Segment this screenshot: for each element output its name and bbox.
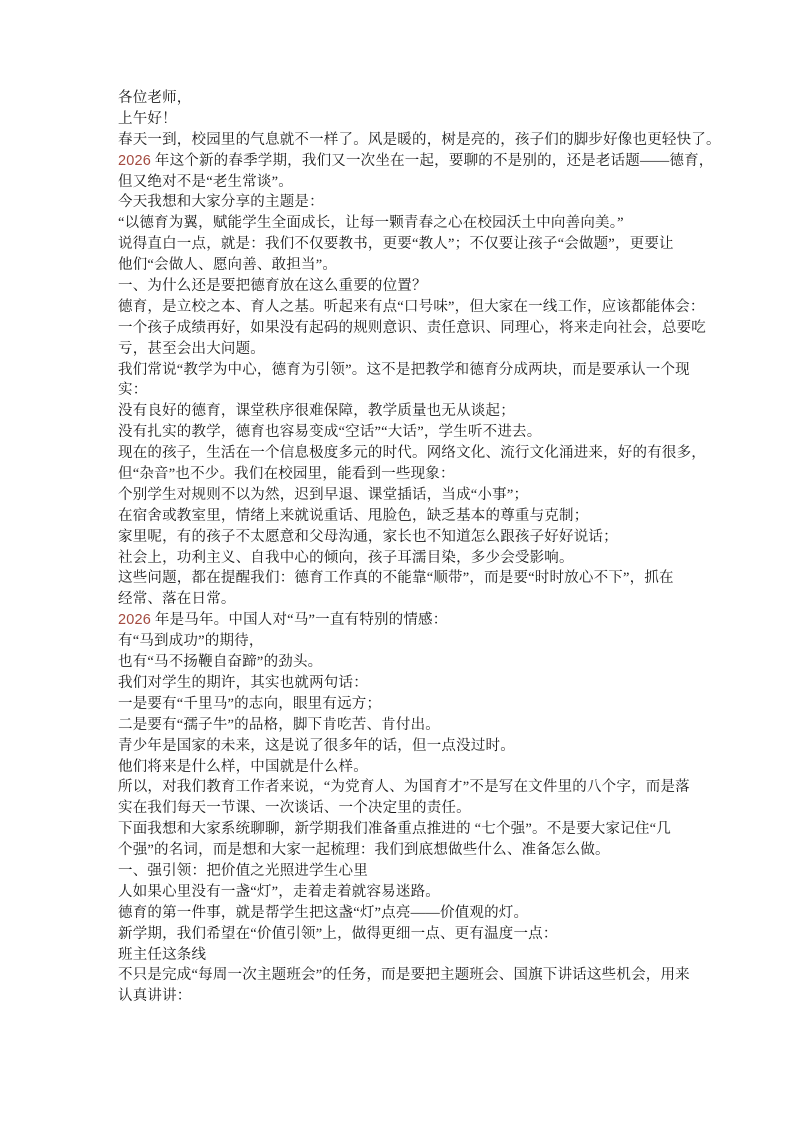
body-text: 没有扎实的教学，德育也容易变成“空话”“大话”，学生听不进去。 bbox=[118, 424, 541, 440]
text-line: 现在的孩子，生活在一个信息极度多元的时代。网络文化、流行文化涌进来，好的有很多， bbox=[118, 443, 684, 464]
text-line: 一是要有“千里马”的志向，眼里有远方； bbox=[118, 694, 684, 715]
text-line: 亏，甚至会出大问题。 bbox=[118, 339, 684, 360]
text-line: 班主任这条线 bbox=[118, 945, 684, 966]
body-text: 所以，对我们教育工作者来说，“为党育人、为国育才”不是写在文件里的八个字，而是落 bbox=[118, 779, 690, 795]
accent-year-text: 2026 bbox=[118, 153, 151, 169]
text-line: 所以，对我们教育工作者来说，“为党育人、为国育才”不是写在文件里的八个字，而是落 bbox=[118, 777, 684, 798]
body-text: 家里呢，有的孩子不太愿意和父母沟通，家长也不知道怎么跟孩子好好说话； bbox=[118, 529, 618, 545]
body-text: 说得直白一点，就是：我们不仅要教书，更要“教人”；不仅要让孩子“会做题”，更要让 bbox=[118, 236, 674, 252]
body-text: 德育的第一件事，就是帮学生把这盏“灯”点亮——价值观的灯。 bbox=[118, 905, 528, 921]
text-line: 实： bbox=[118, 380, 684, 401]
body-text: 个强”的名词，而是想和大家一起梳理：我们到底想做些什么、准备怎么做。 bbox=[118, 842, 610, 858]
text-line: 今天我想和大家分享的主题是： bbox=[118, 192, 684, 213]
body-text: 二是要有“孺子牛”的品格，脚下肯吃苦、肯付出。 bbox=[118, 717, 440, 733]
body-text: 新学期，我们希望在“价值引领”上，做得更细一点、更有温度一点： bbox=[118, 926, 558, 942]
text-line: 在宿舍或教室里，情绪上来就说重话、甩脸色，缺乏基本的尊重与克制； bbox=[118, 506, 684, 527]
body-text: 他们将来是什么样，中国就是什么样。 bbox=[118, 759, 368, 775]
text-line: 有“马到成功”的期待， bbox=[118, 631, 684, 652]
body-text: 德育，是立校之本、育人之基。听起来有点“口号味”，但大家在一线工作，应该都能体会… bbox=[118, 299, 705, 315]
text-line: 德育，是立校之本、育人之基。听起来有点“口号味”，但大家在一线工作，应该都能体会… bbox=[118, 297, 684, 318]
body-text: 社会上，功利主义、自我中心的倾向，孩子耳濡目染，多少会受影响。 bbox=[118, 550, 574, 566]
text-line: 实在我们每天一节课、一次谈话、一个决定里的责任。 bbox=[118, 798, 684, 819]
text-line: 没有良好的德育，课堂秩序很难保障，教学质量也无从谈起； bbox=[118, 401, 684, 422]
body-text: 但“杂音”也不少。我们在校园里，能看到一些现象： bbox=[118, 466, 455, 482]
text-line: 家里呢，有的孩子不太愿意和父母沟通，家长也不知道怎么跟孩子好好说话； bbox=[118, 527, 684, 548]
text-line: 人如果心里没有一盏“灯”，走着走着就容易迷路。 bbox=[118, 882, 684, 903]
body-text: 实在我们每天一节课、一次谈话、一个决定里的责任。 bbox=[118, 800, 471, 816]
text-line: 各位老师， bbox=[118, 88, 684, 109]
text-line: 下面我想和大家系统聊聊，新学期我们准备重点推进的 “七个强”。不是要大家记住“几 bbox=[118, 819, 684, 840]
text-line: 也有“马不扬鞭自奋蹄”的劲头。 bbox=[118, 652, 684, 673]
body-text: “以德育为翼，赋能学生全面成长，让每一颗青春之心在校园沃土中向善向美。” bbox=[118, 215, 624, 231]
text-line: 没有扎实的教学，德育也容易变成“空话”“大话”，学生听不进去。 bbox=[118, 422, 684, 443]
text-line: 2026 年是马年。中国人对“马”一直有特别的情感： bbox=[118, 610, 684, 631]
body-text: 班主任这条线 bbox=[118, 947, 206, 963]
body-text: 各位老师， bbox=[118, 90, 192, 106]
body-text: 年是马年。中国人对“马”一直有特别的情感： bbox=[151, 612, 447, 628]
text-line: 新学期，我们希望在“价值引领”上，做得更细一点、更有温度一点： bbox=[118, 924, 684, 945]
body-text: 一、强引领：把价值之光照进学生心里 bbox=[118, 863, 368, 879]
text-line: 说得直白一点，就是：我们不仅要教书，更要“教人”；不仅要让孩子“会做题”，更要让 bbox=[118, 234, 684, 255]
text-line: 这些问题，都在提醒我们：德育工作真的不能靠“顺带”，而是要“时时放心不下”，抓在 bbox=[118, 568, 684, 589]
body-text: 年这个新的春季学期，我们又一次坐在一起，要聊的不是别的，还是老话题——德育， bbox=[151, 153, 713, 169]
text-line: 个强”的名词，而是想和大家一起梳理：我们到底想做些什么、准备怎么做。 bbox=[118, 840, 684, 861]
text-line: 一、强引领：把价值之光照进学生心里 bbox=[118, 861, 684, 882]
text-line: “以德育为翼，赋能学生全面成长，让每一颗青春之心在校园沃土中向善向美。” bbox=[118, 213, 684, 234]
body-text: 人如果心里没有一盏“灯”，走着走着就容易迷路。 bbox=[118, 884, 440, 900]
body-text: 没有良好的德育，课堂秩序很难保障，教学质量也无从谈起； bbox=[118, 403, 515, 419]
document-page: 各位老师，上午好！春天一到，校园里的气息就不一样了。风是暖的，树是亮的，孩子们的… bbox=[0, 0, 793, 1122]
text-line: 德育的第一件事，就是帮学生把这盏“灯”点亮——价值观的灯。 bbox=[118, 903, 684, 924]
accent-year-text: 2026 bbox=[118, 612, 151, 628]
body-text: 下面我想和大家系统聊聊，新学期我们准备重点推进的 “七个强”。不是要大家记住“几 bbox=[118, 821, 671, 837]
text-line: 青少年是国家的未来，这是说了很多年的话，但一点没过时。 bbox=[118, 736, 684, 757]
text-line: 经常、落在日常。 bbox=[118, 589, 684, 610]
body-text: 今天我想和大家分享的主题是： bbox=[118, 194, 324, 210]
body-text: 一是要有“千里马”的志向，眼里有远方； bbox=[118, 696, 381, 712]
text-line: 我们常说“教学为中心，德育为引领”。这不是把教学和德育分成两块，而是要承认一个现 bbox=[118, 360, 684, 381]
text-line: 不只是完成“每周一次主题班会”的任务，而是要把主题班会、国旗下讲话这些机会，用来 bbox=[118, 965, 684, 986]
text-line: 但又绝对不是“老生常谈”。 bbox=[118, 172, 684, 193]
text-line: 社会上，功利主义、自我中心的倾向，孩子耳濡目染，多少会受影响。 bbox=[118, 548, 684, 569]
body-text: 我们常说“教学为中心，德育为引领”。这不是把教学和德育分成两块，而是要承认一个现 bbox=[118, 362, 690, 378]
text-line: 一个孩子成绩再好，如果没有起码的规则意识、责任意识、同理心，将来走向社会，总要吃 bbox=[118, 318, 684, 339]
text-line: 个别学生对规则不以为然，迟到早退、课堂插话，当成“小事”； bbox=[118, 485, 684, 506]
text-line: 他们将来是什么样，中国就是什么样。 bbox=[118, 757, 684, 778]
body-text: 亏，甚至会出大问题。 bbox=[118, 341, 265, 357]
text-line: 一、为什么还是要把德育放在这么重要的位置？ bbox=[118, 276, 684, 297]
body-text: 春天一到，校园里的气息就不一样了。风是暖的，树是亮的，孩子们的脚步好像也更轻快了… bbox=[118, 132, 721, 148]
body-text: 一、为什么还是要把德育放在这么重要的位置？ bbox=[118, 278, 427, 294]
body-text: 但又绝对不是“老生常谈”。 bbox=[118, 174, 293, 190]
text-line: 上午好！ bbox=[118, 109, 684, 130]
body-text: 有“马到成功”的期待， bbox=[118, 633, 264, 649]
body-text: 一个孩子成绩再好，如果没有起码的规则意识、责任意识、同理心，将来走向社会，总要吃 bbox=[118, 320, 706, 336]
body-text: 经常、落在日常。 bbox=[118, 591, 236, 607]
body-text: 也有“马不扬鞭自奋蹄”的劲头。 bbox=[118, 654, 322, 670]
text-line: 二是要有“孺子牛”的品格，脚下肯吃苦、肯付出。 bbox=[118, 715, 684, 736]
body-text: 青少年是国家的未来，这是说了很多年的话，但一点没过时。 bbox=[118, 738, 515, 754]
text-line: 认真讲讲： bbox=[118, 986, 684, 1007]
body-text: 现在的孩子，生活在一个信息极度多元的时代。网络文化、流行文化涌进来，好的有很多， bbox=[118, 445, 706, 461]
body-text: 我们对学生的期许，其实也就两句话： bbox=[118, 675, 368, 691]
body-text: 不只是完成“每周一次主题班会”的任务，而是要把主题班会、国旗下讲话这些机会，用来 bbox=[118, 967, 690, 983]
body-text: 实： bbox=[118, 382, 147, 398]
body-text: 这些问题，都在提醒我们：德育工作真的不能靠“顺带”，而是要“时时放心不下”，抓在 bbox=[118, 570, 674, 586]
body-text: 上午好！ bbox=[118, 111, 177, 127]
body-text: 认真讲讲： bbox=[118, 988, 192, 1004]
text-line: 春天一到，校园里的气息就不一样了。风是暖的，树是亮的，孩子们的脚步好像也更轻快了… bbox=[118, 130, 684, 151]
body-text: 在宿舍或教室里，情绪上来就说重话、甩脸色，缺乏基本的尊重与克制； bbox=[118, 508, 588, 524]
text-line: 但“杂音”也不少。我们在校园里，能看到一些现象： bbox=[118, 464, 684, 485]
text-line: 2026 年这个新的春季学期，我们又一次坐在一起，要聊的不是别的，还是老话题——… bbox=[118, 151, 684, 172]
body-text: 个别学生对规则不以为然，迟到早退、课堂插话，当成“小事”； bbox=[118, 487, 528, 503]
text-line: 我们对学生的期许，其实也就两句话： bbox=[118, 673, 684, 694]
body-text: 他们“会做人、愿向善、敢担当”。 bbox=[118, 257, 337, 273]
document-text-block: 各位老师，上午好！春天一到，校园里的气息就不一样了。风是暖的，树是亮的，孩子们的… bbox=[118, 88, 684, 1007]
text-line: 他们“会做人、愿向善、敢担当”。 bbox=[118, 255, 684, 276]
